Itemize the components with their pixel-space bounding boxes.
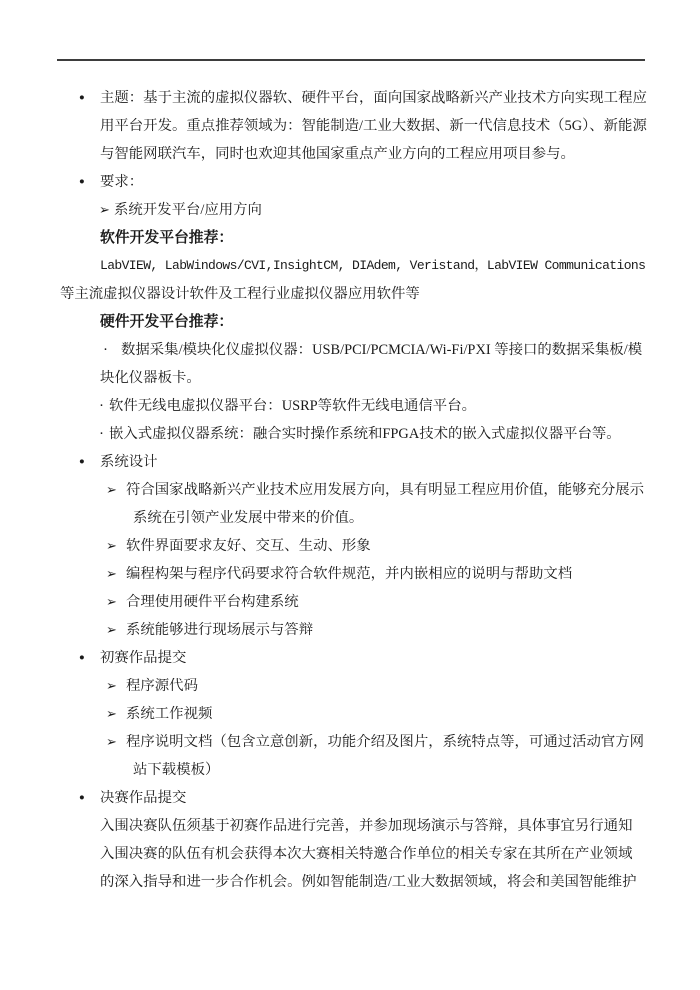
paragraph-text: 初赛作品提交 <box>100 650 186 666</box>
hardware-item-sdr-line: ·软件无线电虚拟仪器平台：USRP等软件无线电通信平台。 <box>0 392 700 420</box>
paragraph-text: 系统能够进行现场展示与答辩 <box>126 622 313 638</box>
topic-line-3: 与智能网联汽车，同时也欢迎其他国家重点产业方向的工程应用项目参与。 <box>0 140 700 168</box>
topic-bullet-line-1: ●主题：基于主流的虚拟仪器软、硬件平台，面向国家战略新兴产业技术方向实现工程应 <box>0 84 700 112</box>
final-submission-bullet-line: ●决赛作品提交 <box>0 784 700 812</box>
paragraph-text: 入围决赛队伍须基于初赛作品进行完善，并参加现场演示与答辩，具体事宜另行通知 <box>100 818 632 834</box>
paragraph-text: 编程构架与程序代码要求符合软件规范，并内嵌相应的说明与帮助文档 <box>126 566 572 582</box>
arrow-bullet-icon: ➢ <box>106 476 117 504</box>
paragraph-text: 要求： <box>100 174 143 190</box>
disc-bullet-icon: ● <box>79 644 85 672</box>
paragraph-text: 与智能网联汽车，同时也欢迎其他国家重点产业方向的工程应用项目参与。 <box>100 146 575 162</box>
disc-bullet-icon: ● <box>79 84 85 112</box>
paragraph-text: 程序说明文档（包含立意创新，功能介绍及图片，系统特点等，可通过活动官方网 <box>126 734 644 750</box>
paragraph-text: 数据采集/模块化仪虚拟仪器：USB/PCI/PCMCIA/Wi-Fi/PXI 等… <box>121 342 642 358</box>
requirements-bullet-line: ●要求： <box>0 168 700 196</box>
disc-bullet-icon: ● <box>79 448 85 476</box>
hardware-item-daq-line-2: 块化仪器板卡。 <box>0 364 700 392</box>
platform-direction-line: ➢系统开发平台/应用方向 <box>0 196 700 224</box>
header-separator-rule <box>57 59 645 61</box>
arrow-bullet-icon: ➢ <box>106 728 117 756</box>
submission-item-doc-line-2: 站下载模板） <box>0 756 700 784</box>
final-paragraph-line-1: 入围决赛队伍须基于初赛作品进行完善，并参加现场演示与答辩，具体事宜另行通知 <box>0 812 700 840</box>
paragraph-text: 主题：基于主流的虚拟仪器软、硬件平台，面向国家战略新兴产业技术方向实现工程应 <box>100 90 647 106</box>
heading-text: 软件开发平台推荐： <box>100 230 233 246</box>
dot-bullet-icon: · <box>99 392 104 420</box>
paragraph-text: 软件无线电虚拟仪器平台：USRP等软件无线电通信平台。 <box>109 398 476 414</box>
paragraph-text: 块化仪器板卡。 <box>100 370 201 386</box>
software-list-wrap-line: 等主流虚拟仪器设计软件及工程行业虚拟仪器应用软件等 <box>0 280 700 308</box>
heading-text: 硬件开发平台推荐： <box>100 314 233 330</box>
submission-item-doc-line-1: ➢程序说明文档（包含立意创新，功能介绍及图片，系统特点等，可通过活动官方网 <box>0 728 700 756</box>
arrow-bullet-icon: ➢ <box>106 672 117 700</box>
submission-item-source-line: ➢程序源代码 <box>0 672 700 700</box>
paragraph-text: 系统工作视频 <box>126 706 212 722</box>
dot-bullet-icon: · <box>103 336 108 364</box>
paragraph-text: 系统设计 <box>100 454 158 470</box>
paragraph-text: 嵌入式虚拟仪器系统：融合实时操作系统和FPGA技术的嵌入式虚拟仪器平台等。 <box>109 426 621 442</box>
paragraph-text: 站下载模板） <box>133 762 219 778</box>
paragraph-text: 用平台开发。重点推荐领域为：智能制造/工业大数据、新一代信息技术（5G）、新能源 <box>100 118 647 134</box>
document-page: ●主题：基于主流的虚拟仪器软、硬件平台，面向国家战略新兴产业技术方向实现工程应 … <box>0 0 700 990</box>
design-item-ui-line: ➢软件界面要求友好、交互、生动、形象 <box>0 532 700 560</box>
arrow-bullet-icon: ➢ <box>106 560 117 588</box>
arrow-bullet-icon: ➢ <box>106 588 117 616</box>
preliminary-submission-bullet-line: ●初赛作品提交 <box>0 644 700 672</box>
design-item-hardware-line: ➢合理使用硬件平台构建系统 <box>0 588 700 616</box>
paragraph-text: 决赛作品提交 <box>100 790 186 806</box>
final-paragraph-line-2: 入围决赛的队伍有机会获得本次大赛相关特邀合作单位的相关专家在其所在产业领域 <box>0 840 700 868</box>
arrow-bullet-icon: ➢ <box>106 616 117 644</box>
arrow-bullet-icon: ➢ <box>106 700 117 728</box>
paragraph-text: 的深入指导和进一步合作机会。例如智能制造/工业大数据领域，将会和美国智能维护 <box>100 874 636 890</box>
arrow-bullet-icon: ➢ <box>106 532 117 560</box>
hardware-item-daq-line-1: ·数据采集/模块化仪虚拟仪器：USB/PCI/PCMCIA/Wi-Fi/PXI … <box>0 336 700 364</box>
paragraph-text: LabVIEW, LabWindows/CVI,InsightCM, DIAde… <box>100 258 645 273</box>
design-item-code-line: ➢编程构架与程序代码要求符合软件规范，并内嵌相应的说明与帮助文档 <box>0 560 700 588</box>
software-platform-heading: 软件开发平台推荐： <box>0 224 700 252</box>
paragraph-text: 软件界面要求友好、交互、生动、形象 <box>126 538 371 554</box>
paragraph-text: 系统在引领产业发展中带来的价值。 <box>133 510 363 526</box>
dot-bullet-icon: · <box>99 420 104 448</box>
hardware-item-embedded-line: ·嵌入式虚拟仪器系统：融合实时操作系统和FPGA技术的嵌入式虚拟仪器平台等。 <box>0 420 700 448</box>
paragraph-text: 系统开发平台/应用方向 <box>114 202 262 218</box>
disc-bullet-icon: ● <box>79 784 85 812</box>
paragraph-text: 等主流虚拟仪器设计软件及工程行业虚拟仪器应用软件等 <box>60 286 420 302</box>
paragraph-text: 程序源代码 <box>126 678 198 694</box>
paragraph-text: 合理使用硬件平台构建系统 <box>126 594 299 610</box>
software-list-line: LabVIEW, LabWindows/CVI,InsightCM, DIAde… <box>0 252 700 280</box>
document-body: ●主题：基于主流的虚拟仪器软、硬件平台，面向国家战略新兴产业技术方向实现工程应 … <box>0 84 700 896</box>
design-item-value-line-1: ➢符合国家战略新兴产业技术应用发展方向，具有明显工程应用价值，能够充分展示 <box>0 476 700 504</box>
submission-item-video-line: ➢系统工作视频 <box>0 700 700 728</box>
hardware-platform-heading: 硬件开发平台推荐： <box>0 308 700 336</box>
disc-bullet-icon: ● <box>79 168 85 196</box>
arrow-bullet-icon: ➢ <box>99 196 110 224</box>
system-design-bullet-line: ●系统设计 <box>0 448 700 476</box>
design-item-demo-line: ➢系统能够进行现场展示与答辩 <box>0 616 700 644</box>
paragraph-text: 符合国家战略新兴产业技术应用发展方向，具有明显工程应用价值，能够充分展示 <box>126 482 644 498</box>
design-item-value-line-2: 系统在引领产业发展中带来的价值。 <box>0 504 700 532</box>
final-paragraph-line-3: 的深入指导和进一步合作机会。例如智能制造/工业大数据领域，将会和美国智能维护 <box>0 868 700 896</box>
topic-line-2: 用平台开发。重点推荐领域为：智能制造/工业大数据、新一代信息技术（5G）、新能源 <box>0 112 700 140</box>
paragraph-text: 入围决赛的队伍有机会获得本次大赛相关特邀合作单位的相关专家在其所在产业领域 <box>100 846 632 862</box>
